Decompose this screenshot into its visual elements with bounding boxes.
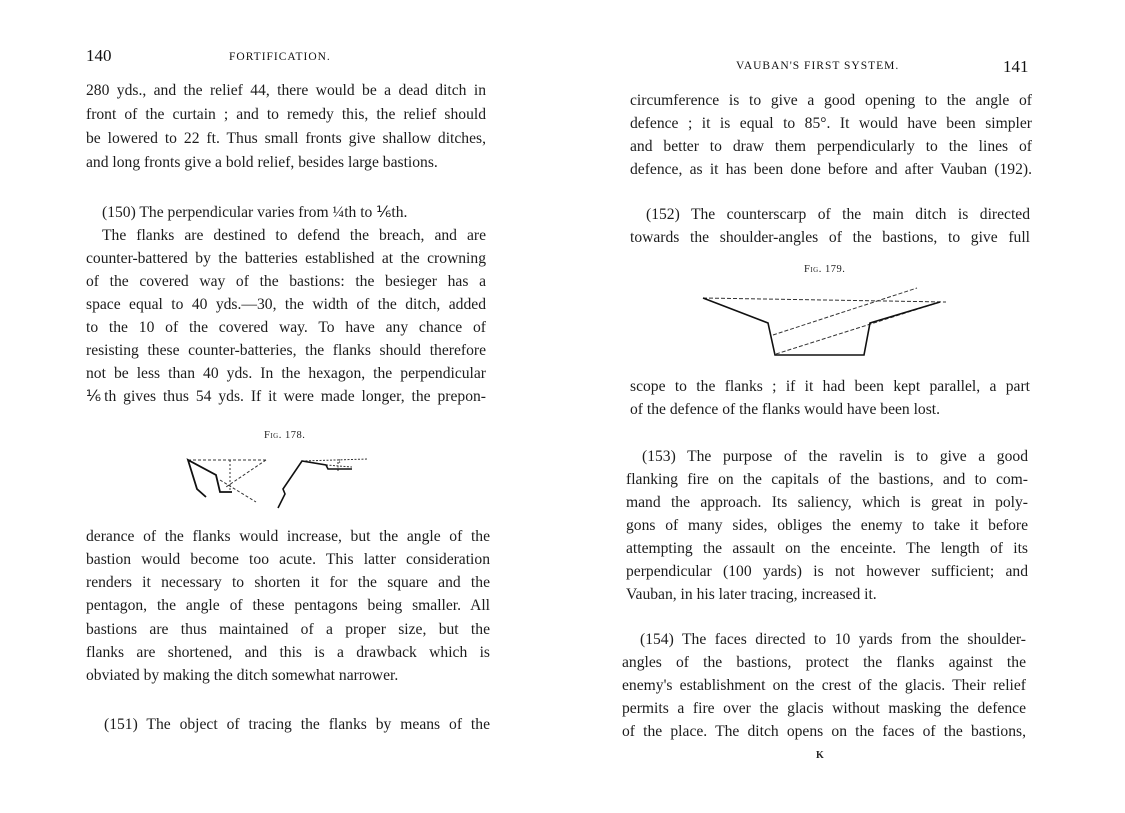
text-line: gons of many sides, obliges the enemy to… <box>626 516 1028 536</box>
text-line: obviated by making the ditch somewhat na… <box>86 666 398 686</box>
figure-178-diagram: 1 <box>180 450 380 510</box>
paragraph-151-heading: (151) The object of tracing the flanks b… <box>104 715 490 735</box>
text-line: perpendicular (100 yards) is not however… <box>626 562 1028 582</box>
text-line: ⅙th gives thus 54 yds. If it were made l… <box>86 387 486 407</box>
text-line: be lowered to 22 ft. Thus small fronts g… <box>86 129 486 149</box>
text-line: derance of the flanks would increase, bu… <box>86 527 490 547</box>
text-line: not be less than 40 yds. In the hexagon,… <box>86 364 486 384</box>
text-line: renders it necessary to shorten it for t… <box>86 573 490 593</box>
page-number: 141 <box>1003 57 1029 77</box>
running-head: VAUBAN'S FIRST SYSTEM. <box>736 60 899 72</box>
text-line: angles of the bastions, protect the flan… <box>622 653 1026 673</box>
left-page: 140 FORTIFICATION. 280 yds., and the rel… <box>0 0 560 813</box>
text-line: of the place. The ditch opens on the fac… <box>622 722 1026 742</box>
text-line: counter-battered by the batteries establ… <box>86 249 486 269</box>
text-line: of the covered way of the bastions: the … <box>86 272 486 292</box>
text-line: The flanks are destined to defend the br… <box>102 226 486 246</box>
text-line: and better to draw them perpendicularly … <box>630 137 1032 157</box>
text-line: scope to the flanks ; if it had been kep… <box>630 377 1030 397</box>
text-line: defence ; it is equal to 85°. It would h… <box>630 114 1032 134</box>
running-head: FORTIFICATION. <box>229 51 331 63</box>
signature-mark: K <box>816 750 824 761</box>
text-line: defence, as it has been done before and … <box>630 160 1032 180</box>
text-line: attempting the assault on the enceinte. … <box>626 539 1028 559</box>
text-line: towards the shoulder-angles of the basti… <box>630 228 1030 248</box>
text-line: circumference is to give a good opening … <box>630 91 1032 111</box>
text-line: permits a fire over the glacis without m… <box>622 699 1026 719</box>
paragraph-154-heading: (154) The faces directed to 10 yards fro… <box>640 630 1026 650</box>
text-line: Vauban, in his later tracing, increased … <box>626 585 877 605</box>
text-line: pentagon, the angle of these pentagons b… <box>86 596 490 616</box>
figure-caption: Fig. 178. <box>264 430 305 441</box>
text-line: bastions are thus maintained of a proper… <box>86 620 490 640</box>
figure-caption: Fig. 179. <box>804 264 845 275</box>
text-line: enemy's establishment on the crest of th… <box>622 676 1026 696</box>
text-line: flanking fire on the capitals of the bas… <box>626 470 1028 490</box>
text-line: bastion would become too acute. This lat… <box>86 550 490 570</box>
text-line: to the 10 of the covered way. To have an… <box>86 318 486 338</box>
text-line: space equal to 40 yds.—30, the width of … <box>86 295 486 315</box>
text-line: and long fronts give a bold relief, besi… <box>86 153 438 173</box>
page-number: 140 <box>86 46 112 66</box>
figure-179-diagram <box>690 280 960 360</box>
text-line: of the defence of the flanks would have … <box>630 400 940 420</box>
right-page: VAUBAN'S FIRST SYSTEM. 141 circumference… <box>560 0 1125 813</box>
text-line: flanks are shortened, and this is a draw… <box>86 643 490 663</box>
paragraph-153-heading: (153) The purpose of the ravelin is to g… <box>642 447 1028 467</box>
paragraph-150-heading: (150) The perpendicular varies from ¼th … <box>102 203 407 223</box>
text-line: front of the curtain ; and to remedy thi… <box>86 105 486 125</box>
paragraph-152-heading: (152) The counterscarp of the main ditch… <box>646 205 1030 225</box>
text-line: resisting these counter-batteries, the f… <box>86 341 486 361</box>
text-line: 280 yds., and the relief 44, there would… <box>86 81 486 101</box>
figure-label: 1 <box>338 459 341 465</box>
text-line: mand the approach. Its saliency, which i… <box>626 493 1028 513</box>
